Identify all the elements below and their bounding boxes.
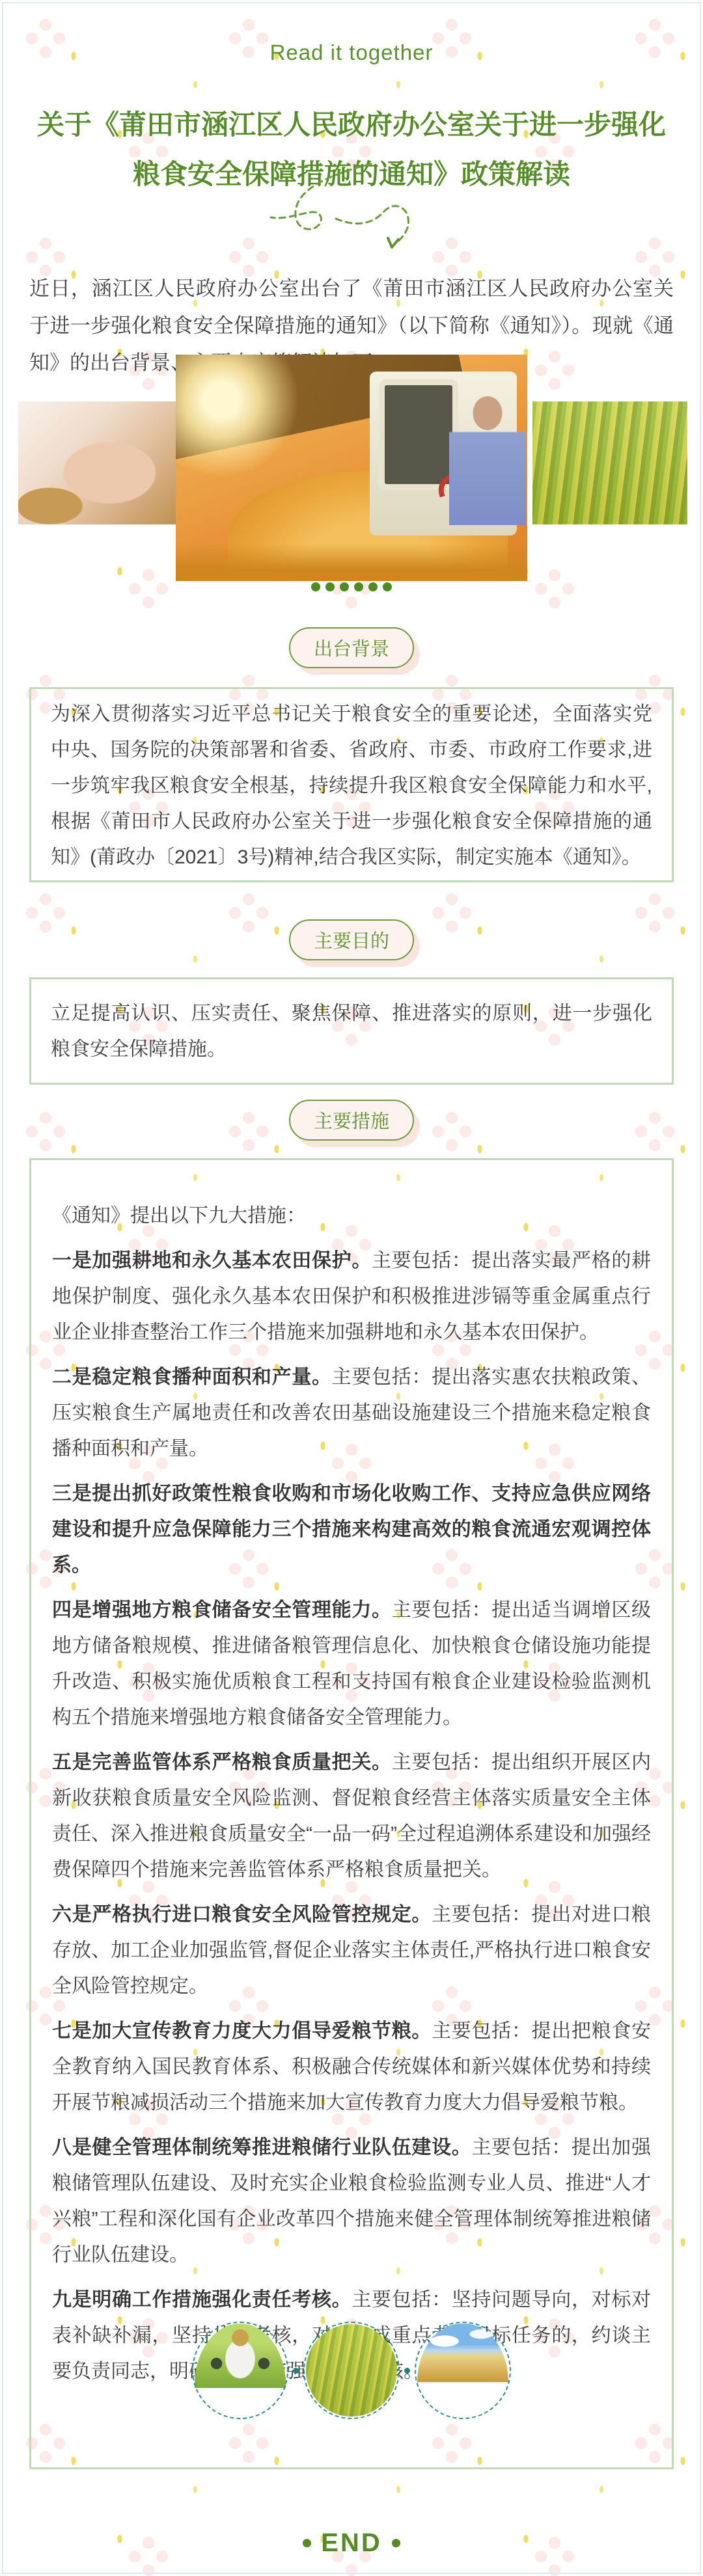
measure-8-lead: 八是健全管理体制统筹推进粮储行业队伍建设。 <box>52 2137 471 2158</box>
section-badge-purpose: 主要目的 <box>289 919 414 960</box>
measure-item-3: 三是提出抓好政策性粮食收购和市场化收购工作、支持应急供应网络建设和提升应急保障能… <box>52 1476 651 1583</box>
end-dot-icon <box>392 2539 400 2547</box>
footer-photo-circles <box>0 2322 703 2419</box>
carousel-dot[interactable] <box>340 582 349 591</box>
ground-shade-shape <box>176 543 527 581</box>
end-label: END <box>321 2529 381 2558</box>
dashed-swirl-arrow-icon <box>259 160 448 255</box>
page-title-line1: 关于《莆田市涵江区人民政府办公室关于进一步强化 <box>37 109 666 140</box>
carousel-dots <box>0 582 703 591</box>
measure-2-lead: 二是稳定粮食播种面积和产量。 <box>52 1366 332 1388</box>
eyebrow-text: Read it together <box>0 40 703 65</box>
end-dot-icon <box>303 2539 311 2547</box>
measure-1-lead: 一是加强耕地和永久基本农田保护。 <box>52 1250 372 1271</box>
measure-3-lead: 三是提出抓好政策性粮食收购和市场化收购工作、支持应急供应网络建设和提升应急保障能… <box>52 1483 651 1576</box>
sun-glow-shape <box>176 355 299 478</box>
measure-7-lead: 七是加大宣传教育力度大力倡导爱粮节粮。 <box>52 2020 432 2042</box>
measure-item-7: 七是加大宣传教育力度大力倡导爱粮节粮。主要包括：提出把粮食安全教育纳入国民教育体… <box>52 2013 651 2121</box>
background-body: 为深入贯彻落实习近平总书记关于粮食安全的重要论述，全面落实党中央、国务院的决策部… <box>51 696 652 875</box>
measure-item-6: 六是严格执行进口粮食安全风险管控规定。主要包括：提出对进口粮存放、加工企业加强监… <box>52 1897 651 2004</box>
background-section-box: 为深入贯彻落实习近平总书记关于粮食安全的重要论述，全面落实党中央、国务院的决策部… <box>29 687 674 882</box>
photo-hand-holding-grain[interactable] <box>18 401 176 524</box>
purpose-body: 立足提高认识、压实责任、聚焦保障、推进落实的原则，进一步强化粮食安全保障措施。 <box>51 996 652 1067</box>
carousel-dot[interactable] <box>383 582 392 591</box>
measure-4-lead: 四是增强地方粮食储备安全管理能力。 <box>52 1599 392 1621</box>
dashed-circle-icon <box>303 2322 400 2419</box>
measures-intro: 《通知》提出以下九大措施： <box>52 1198 651 1234</box>
farmer-figure-shape <box>449 395 526 525</box>
footer-circle-1 <box>192 2322 288 2419</box>
section-badge-measures: 主要措施 <box>289 1100 414 1141</box>
end-marker: END <box>0 2529 703 2558</box>
dashed-circle-icon <box>415 2322 511 2419</box>
cab-window-shape <box>379 379 458 490</box>
circle-separator-dot <box>404 2368 410 2374</box>
measure-item-5: 五是完善监管体系严格粮食质量把关。主要包括：提出组织开展区内新收获粮食质量安全风… <box>52 1744 651 1888</box>
dashed-circle-icon <box>192 2322 288 2419</box>
carousel-dot[interactable] <box>354 582 363 591</box>
measure-5-lead: 五是完善监管体系严格粮食质量把关。 <box>52 1752 392 1773</box>
circle-separator-dot <box>293 2368 299 2374</box>
footer-circle-3 <box>415 2322 511 2419</box>
carousel-dot[interactable] <box>325 582 335 591</box>
measure-9-lead: 九是明确工作措施强化责任考核。 <box>52 2289 351 2311</box>
measure-item-2: 二是稳定粮食播种面积和产量。主要包括：提出落实惠农扶粮政策、压实粮食生产属地责任… <box>52 1359 651 1467</box>
measure-6-lead: 六是严格执行进口粮食安全风险管控规定。 <box>52 1904 432 1925</box>
purpose-section-box: 立足提高认识、压实责任、聚焦保障、推进落实的原则，进一步强化粮食安全保障措施。 <box>29 977 674 1085</box>
carousel-dot[interactable] <box>368 582 378 591</box>
measure-item-1: 一是加强耕地和永久基本农田保护。主要包括：提出落实最严格的耕地保护制度、强化永久… <box>52 1243 651 1350</box>
measures-section-box: 《通知》提出以下九大措施： 一是加强耕地和永久基本农田保护。主要包括：提出落实最… <box>29 1158 674 2469</box>
section-badge-background: 出台背景 <box>289 627 414 668</box>
photo-rice-plants[interactable] <box>532 401 687 524</box>
carousel-dot[interactable] <box>311 582 320 591</box>
measure-item-4: 四是增强地方粮食储备安全管理能力。主要包括：提出适当调增区级地方储备粮规模、推进… <box>52 1592 651 1735</box>
footer-circle-2 <box>303 2322 400 2419</box>
measure-item-8: 八是健全管理体制统筹推进粮储行业队伍建设。主要包括：提出加强粮储管理队伍建设、及… <box>52 2130 651 2273</box>
photo-grain-harvest-machine[interactable] <box>176 355 527 581</box>
